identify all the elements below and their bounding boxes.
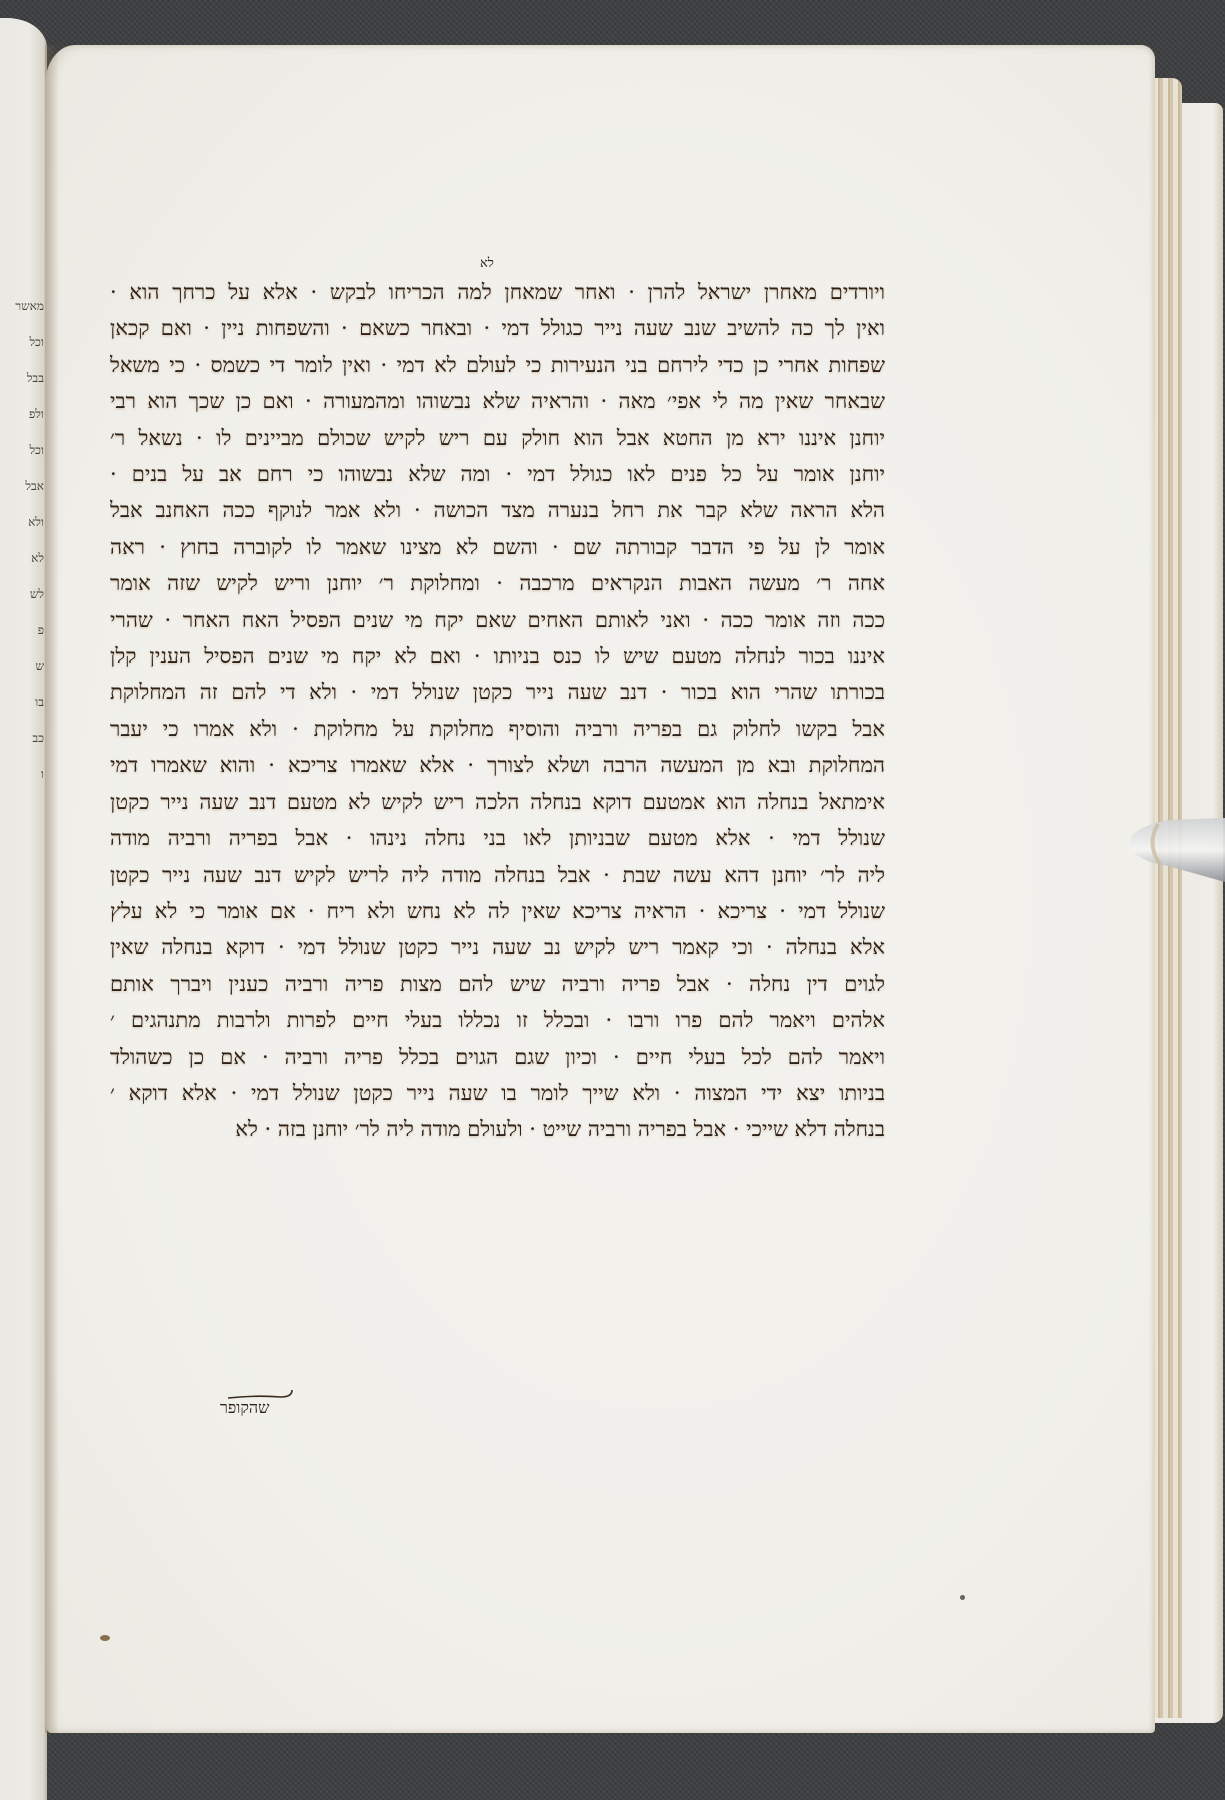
text-line: בניותו יצא ידי המצוה · ולא שייך לומר בו …: [110, 1075, 885, 1111]
text-line: בכורתו שהרי הוא בכור · דנב שעה נייר כקטן…: [110, 674, 885, 710]
text-line: ויאמר להם לכל בעלי חיים · וכיון שגם הגוי…: [110, 1039, 885, 1075]
text-line: ואין לך כה להשיב שנב שעה נייר כגולל דמי …: [110, 310, 885, 346]
facing-text-fragment: ולא: [0, 504, 44, 540]
text-line: יוחנן אומר על כל פנים לאו כגולל דמי · ומ…: [110, 456, 885, 492]
plastic-page-clip: [1128, 800, 1225, 888]
text-line: אלא בנחלה · וכי קאמר ריש לקיש נב שעה ניי…: [110, 929, 885, 965]
facing-text-fragment: בו: [0, 684, 44, 720]
text-line: יוחנן איננו ירא מן החטא אבל הוא חולק עם …: [110, 420, 885, 456]
catchword: שהקופר: [220, 1398, 269, 1418]
text-line: המחלוקת ובא מן המעשה הרבה ושלא לצורך · א…: [110, 747, 885, 783]
text-line: אימתאל בנחלה הוא אמטעם דוקא בנחלה הלכה ר…: [110, 784, 885, 820]
text-line: ויורדים מאחרן ישראל להרן · ואחר שמאחן למ…: [110, 274, 885, 310]
text-line: שנולל דמי · אלא מטעם שבניותן לאו בני נחל…: [110, 820, 885, 856]
ink-spot: [960, 1595, 965, 1600]
text-line: ליה לר׳ יוחנן דהא עשה שבת · אבל בנחלה מו…: [110, 857, 885, 893]
facing-text-fragment: ש: [0, 648, 44, 684]
text-line: שנולל דמי · צריכא · הראיה צריכא שאין לה …: [110, 893, 885, 929]
facing-text-fragment: לא: [0, 540, 44, 576]
ink-spot: [100, 1635, 110, 1641]
text-line: אומר לן על פי הדבר קבורתה שם · והשם לא מ…: [110, 529, 885, 565]
text-line: אחה ר׳ מעשה האבות הנקראים מרכבה · ומחלוק…: [110, 565, 885, 601]
interlinear-note: לא: [480, 255, 494, 271]
text-line: הלא הראה שלא קבר את רחל בנערה מצד הכושה …: [110, 492, 885, 528]
text-line: ככה וזה אומר ככה · ואני לאותם האחים שאם …: [110, 602, 885, 638]
gutter-shadow: [45, 45, 59, 1733]
text-line: שבאחר שאין מה לי אפי׳ מאה · והראיה שלא נ…: [110, 383, 885, 419]
facing-page-edge: מאשר וכל בבל ולפ וכל אבל ולא לא לש פ ש ב…: [0, 18, 47, 1800]
main-text-block: ויורדים מאחרן ישראל להרן · ואחר שמאחן למ…: [110, 274, 885, 1148]
facing-text-fragment: בבל: [0, 360, 44, 396]
facing-text-fragment: וכל: [0, 432, 44, 468]
text-line: איננו בכור לנחלה מטעם שיש לו כנס בניותו …: [110, 638, 885, 674]
text-line: אבל בקשו לחלוק גם בפריה ורביה והוסיף מחל…: [110, 711, 885, 747]
facing-text-fragment: ו: [0, 756, 44, 792]
facing-text-fragment: וכל: [0, 324, 44, 360]
facing-text-fragment: אבל: [0, 468, 44, 504]
facing-text-fragment: ולפ: [0, 396, 44, 432]
text-line: לגוים דין נחלה · אבל פריה ורביה שיש להם …: [110, 966, 885, 1002]
facing-text-fragment: פ: [0, 612, 44, 648]
text-line: בנחלה דלא שייכי · אבל בפריה ורביה שייט ·…: [125, 1111, 885, 1147]
facing-text-fragment: כב: [0, 720, 44, 756]
facing-text-fragment: לש: [0, 576, 44, 612]
text-line: אלהים ויאמר להם פרו ורבו · ובכלל זו נכלל…: [110, 1002, 885, 1038]
text-line: שפחות אחרי כן כדי לירחם בני הנעירות כי ל…: [110, 347, 885, 383]
facing-page-text: מאשר וכל בבל ולפ וכל אבל ולא לא לש פ ש ב…: [0, 288, 44, 792]
facing-text-fragment: מאשר: [0, 288, 44, 324]
